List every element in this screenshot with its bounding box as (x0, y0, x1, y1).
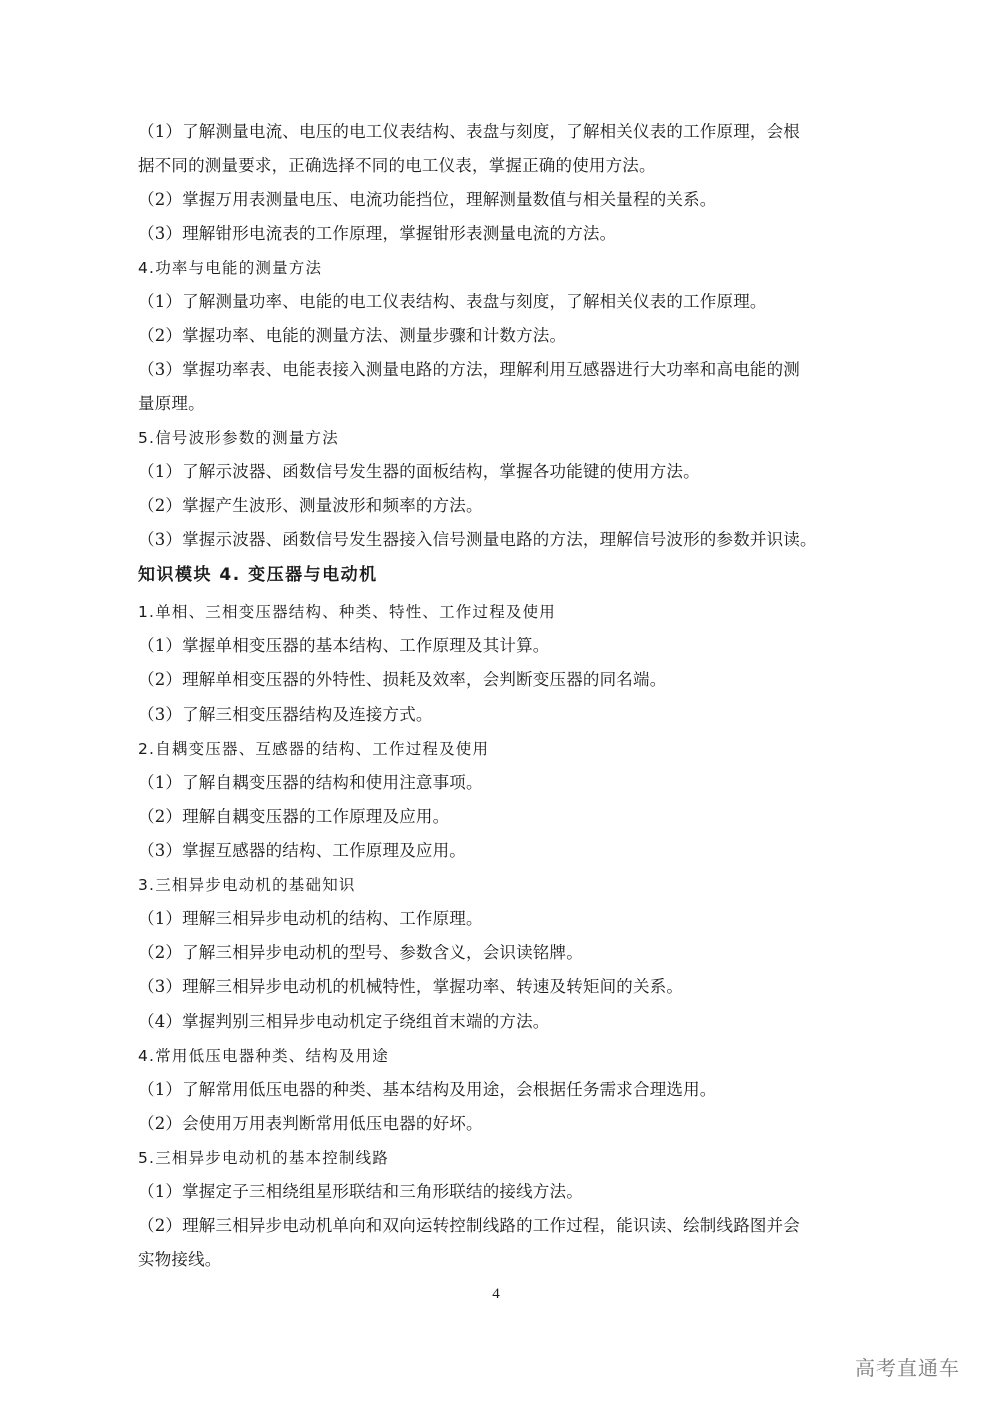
list-item-continuation: 实物接线。 (138, 1250, 222, 1270)
list-item: （1）掌握定子三相绕组星形联结和三角形联结的接线方法。 (138, 1182, 583, 1202)
list-item: （1）了解测量电流、电压的电工仪表结构、表盘与刻度，了解相关仪表的工作原理，会根 (138, 122, 800, 142)
list-item: （3）理解三相异步电动机的机械特性，掌握功率、转速及转矩间的关系。 (138, 977, 683, 997)
list-item: （1）了解常用低压电器的种类、基本结构及用途，会根据任务需求合理选用。 (138, 1080, 717, 1100)
list-item: （3）掌握互感器的结构、工作原理及应用。 (138, 841, 466, 861)
list-item: （3）掌握示波器、函数信号发生器接入信号测量电路的方法，理解信号波形的参数并识读… (138, 530, 817, 550)
list-item: （4）掌握判别三相异步电动机定子绕组首末端的方法。 (138, 1012, 550, 1032)
list-item: （1）理解三相异步电动机的结构、工作原理。 (138, 909, 483, 929)
list-item: （2）会使用万用表判断常用低压电器的好坏。 (138, 1114, 483, 1134)
module-heading: 知识模块 4. 变压器与电动机 (138, 565, 378, 585)
page-number: 4 (0, 1286, 992, 1303)
document-page: （1）了解测量电流、电压的电工仪表结构、表盘与刻度，了解相关仪表的工作原理，会根… (0, 0, 992, 1403)
list-item: （2）掌握万用表测量电压、电流功能挡位，理解测量数值与相关量程的关系。 (138, 190, 717, 210)
section-heading: 3.三相异步电动机的基础知识 (138, 875, 356, 895)
section-heading: 5.信号波形参数的测量方法 (138, 428, 339, 448)
list-item: （1）了解测量功率、电能的电工仪表结构、表盘与刻度，了解相关仪表的工作原理。 (138, 292, 767, 312)
section-heading: 2.自耦变压器、互感器的结构、工作过程及使用 (138, 739, 489, 759)
list-item: （3）了解三相变压器结构及连接方式。 (138, 705, 433, 725)
list-item: （2）掌握功率、电能的测量方法、测量步骤和计数方法。 (138, 326, 566, 346)
list-item: （1）了解示波器、函数信号发生器的面板结构，掌握各功能键的使用方法。 (138, 462, 700, 482)
section-heading: 1.单相、三相变压器结构、种类、特性、工作过程及使用 (138, 602, 556, 622)
list-item: （2）理解三相异步电动机单向和双向运转控制线路的工作过程，能识读、绘制线路图并会 (138, 1216, 800, 1236)
section-heading: 5.三相异步电动机的基本控制线路 (138, 1148, 389, 1168)
watermark: 高考直通车 (855, 1352, 960, 1381)
list-item: （3）理解钳形电流表的工作原理，掌握钳形表测量电流的方法。 (138, 224, 616, 244)
list-item: （3）掌握功率表、电能表接入测量电路的方法，理解利用互感器进行大功率和高电能的测 (138, 360, 800, 380)
section-heading: 4.功率与电能的测量方法 (138, 258, 322, 278)
list-item: （2）了解三相异步电动机的型号、参数含义，会识读铭牌。 (138, 943, 583, 963)
list-item: （2）掌握产生波形、测量波形和频率的方法。 (138, 496, 483, 516)
list-item: （2）理解自耦变压器的工作原理及应用。 (138, 807, 449, 827)
section-heading: 4.常用低压电器种类、结构及用途 (138, 1046, 389, 1066)
list-item-continuation: 量原理。 (138, 394, 205, 414)
list-item: （1）了解自耦变压器的结构和使用注意事项。 (138, 773, 483, 793)
list-item: （2）理解单相变压器的外特性、损耗及效率，会判断变压器的同名端。 (138, 670, 666, 690)
list-item: （1）掌握单相变压器的基本结构、工作原理及其计算。 (138, 636, 550, 656)
list-item-continuation: 据不同的测量要求，正确选择不同的电工仪表，掌握正确的使用方法。 (138, 156, 656, 176)
